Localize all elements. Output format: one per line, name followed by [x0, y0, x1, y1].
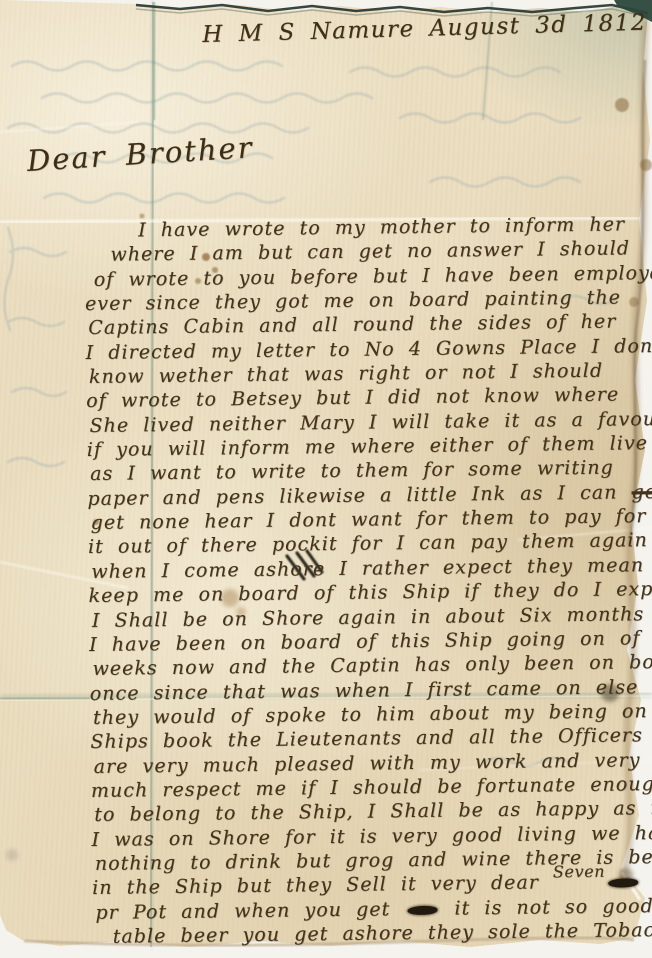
scanned-letter-page: H M S Namure August 3d 1812 Dear Brother… [0, 0, 652, 958]
handwriting-text: it is not so good as [440, 894, 652, 919]
inserted-word: Seven [553, 862, 605, 882]
struck-word: get [631, 481, 652, 503]
handwriting-text: pence [641, 870, 652, 893]
handwriting-text: table beer you get ashore they sole the … [113, 919, 652, 948]
handwriting-text: pr Pot and when you get [95, 898, 404, 924]
ink-blot [407, 905, 437, 914]
ink-blot [608, 879, 638, 888]
handwriting-line: table beer you get ashore they sole the … [113, 918, 652, 949]
handwriting-text: in the Ship but they Sell it very dear [92, 872, 553, 900]
letter-body: I have wrote to my mother to inform herw… [84, 212, 652, 949]
